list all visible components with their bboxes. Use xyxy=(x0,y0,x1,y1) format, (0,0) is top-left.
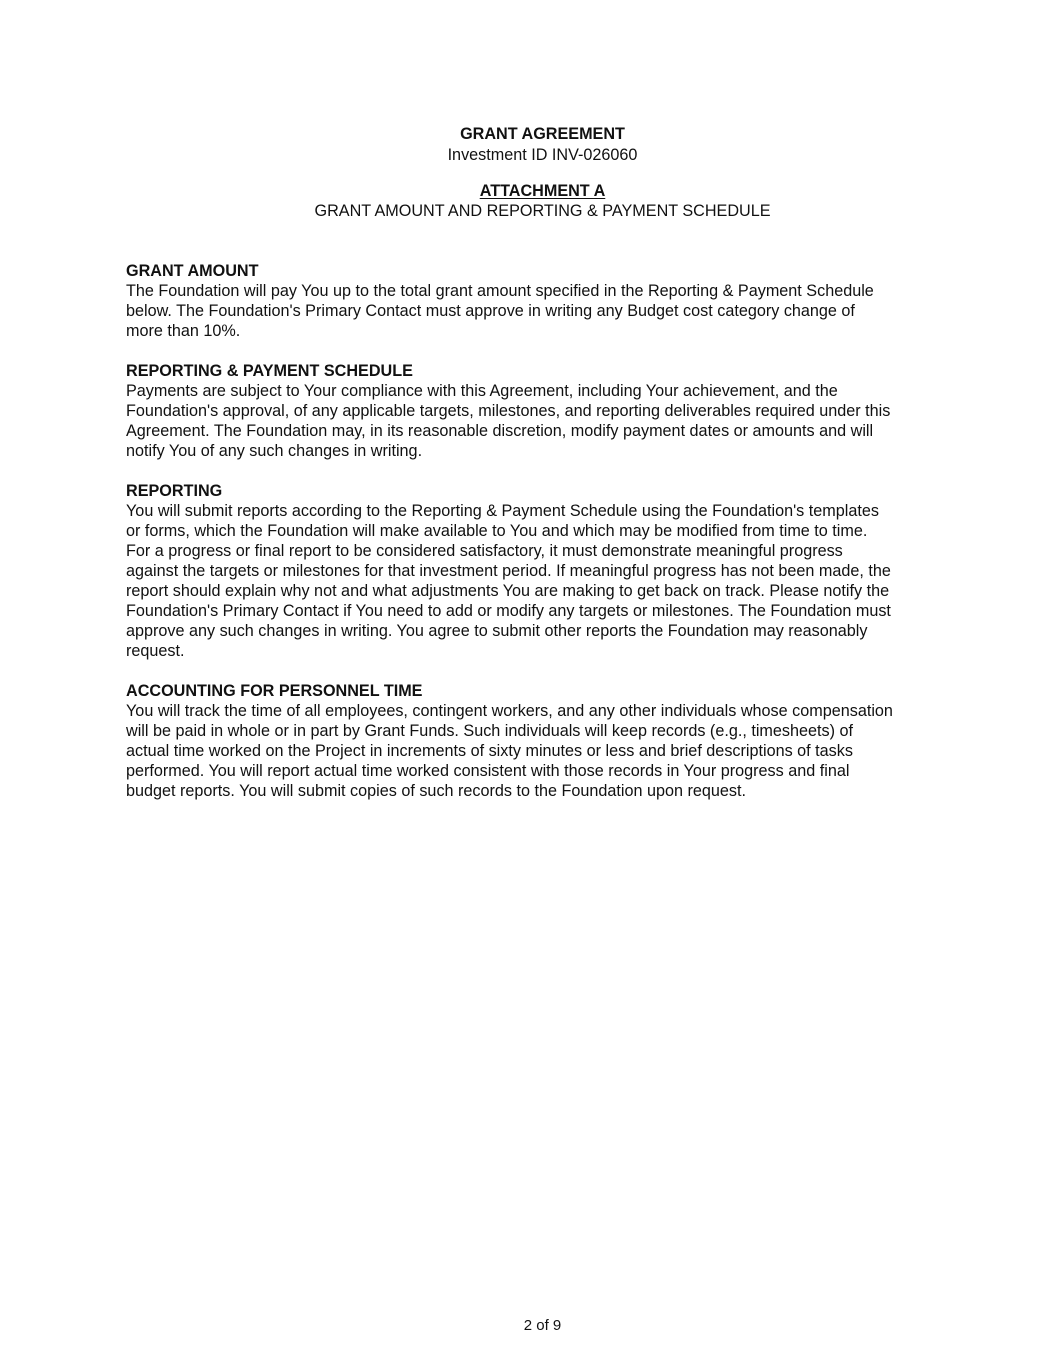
body-line: performed. You will report actual time w… xyxy=(126,761,956,781)
section-reporting-payment-schedule: REPORTING & PAYMENT SCHEDULE Payments ar… xyxy=(126,361,956,461)
body-line: You will track the time of all employees… xyxy=(126,701,956,721)
page-number: 2 of 9 xyxy=(0,1317,1055,1335)
section-heading: REPORTING xyxy=(126,481,956,501)
section-body: Payments are subject to Your compliance … xyxy=(126,381,956,461)
document-title: GRANT AGREEMENT xyxy=(0,124,1055,144)
document-body: GRANT AMOUNT The Foundation will pay You… xyxy=(126,261,956,821)
body-line: You will submit reports according to the… xyxy=(126,501,956,521)
body-line: Agreement. The Foundation may, in its re… xyxy=(126,421,956,441)
body-line: notify You of any such changes in writin… xyxy=(126,441,956,461)
body-line: request. xyxy=(126,641,956,661)
section-grant-amount: GRANT AMOUNT The Foundation will pay You… xyxy=(126,261,956,341)
investment-id: Investment ID INV-026060 xyxy=(0,145,1055,165)
body-line: approve any such changes in writing. You… xyxy=(126,621,956,641)
document-page: GRANT AGREEMENT Investment ID INV-026060… xyxy=(0,0,1055,1365)
body-line: below. The Foundation's Primary Contact … xyxy=(126,301,956,321)
section-heading: REPORTING & PAYMENT SCHEDULE xyxy=(126,361,956,381)
section-reporting: REPORTING You will submit reports accord… xyxy=(126,481,956,661)
body-line: will be paid in whole or in part by Gran… xyxy=(126,721,956,741)
body-line: Payments are subject to Your compliance … xyxy=(126,381,956,401)
attachment-title: ATTACHMENT A xyxy=(0,181,1055,201)
section-accounting-personnel-time: ACCOUNTING FOR PERSONNEL TIME You will t… xyxy=(126,681,956,801)
body-line: For a progress or final report to be con… xyxy=(126,541,956,561)
body-line: The Foundation will pay You up to the to… xyxy=(126,281,956,301)
section-body: The Foundation will pay You up to the to… xyxy=(126,281,956,341)
body-line: budget reports. You will submit copies o… xyxy=(126,781,956,801)
section-body: You will track the time of all employees… xyxy=(126,701,956,801)
section-heading: ACCOUNTING FOR PERSONNEL TIME xyxy=(126,681,956,701)
body-line: actual time worked on the Project in inc… xyxy=(126,741,956,761)
section-body: You will submit reports according to the… xyxy=(126,501,956,661)
body-line: against the targets or milestones for th… xyxy=(126,561,956,581)
section-heading: GRANT AMOUNT xyxy=(126,261,956,281)
body-line: Foundation's Primary Contact if You need… xyxy=(126,601,956,621)
body-line: more than 10%. xyxy=(126,321,956,341)
body-line: report should explain why not and what a… xyxy=(126,581,956,601)
body-line: or forms, which the Foundation will make… xyxy=(126,521,956,541)
attachment-subtitle: GRANT AMOUNT AND REPORTING & PAYMENT SCH… xyxy=(0,201,1055,221)
body-line: Foundation's approval, of any applicable… xyxy=(126,401,956,421)
